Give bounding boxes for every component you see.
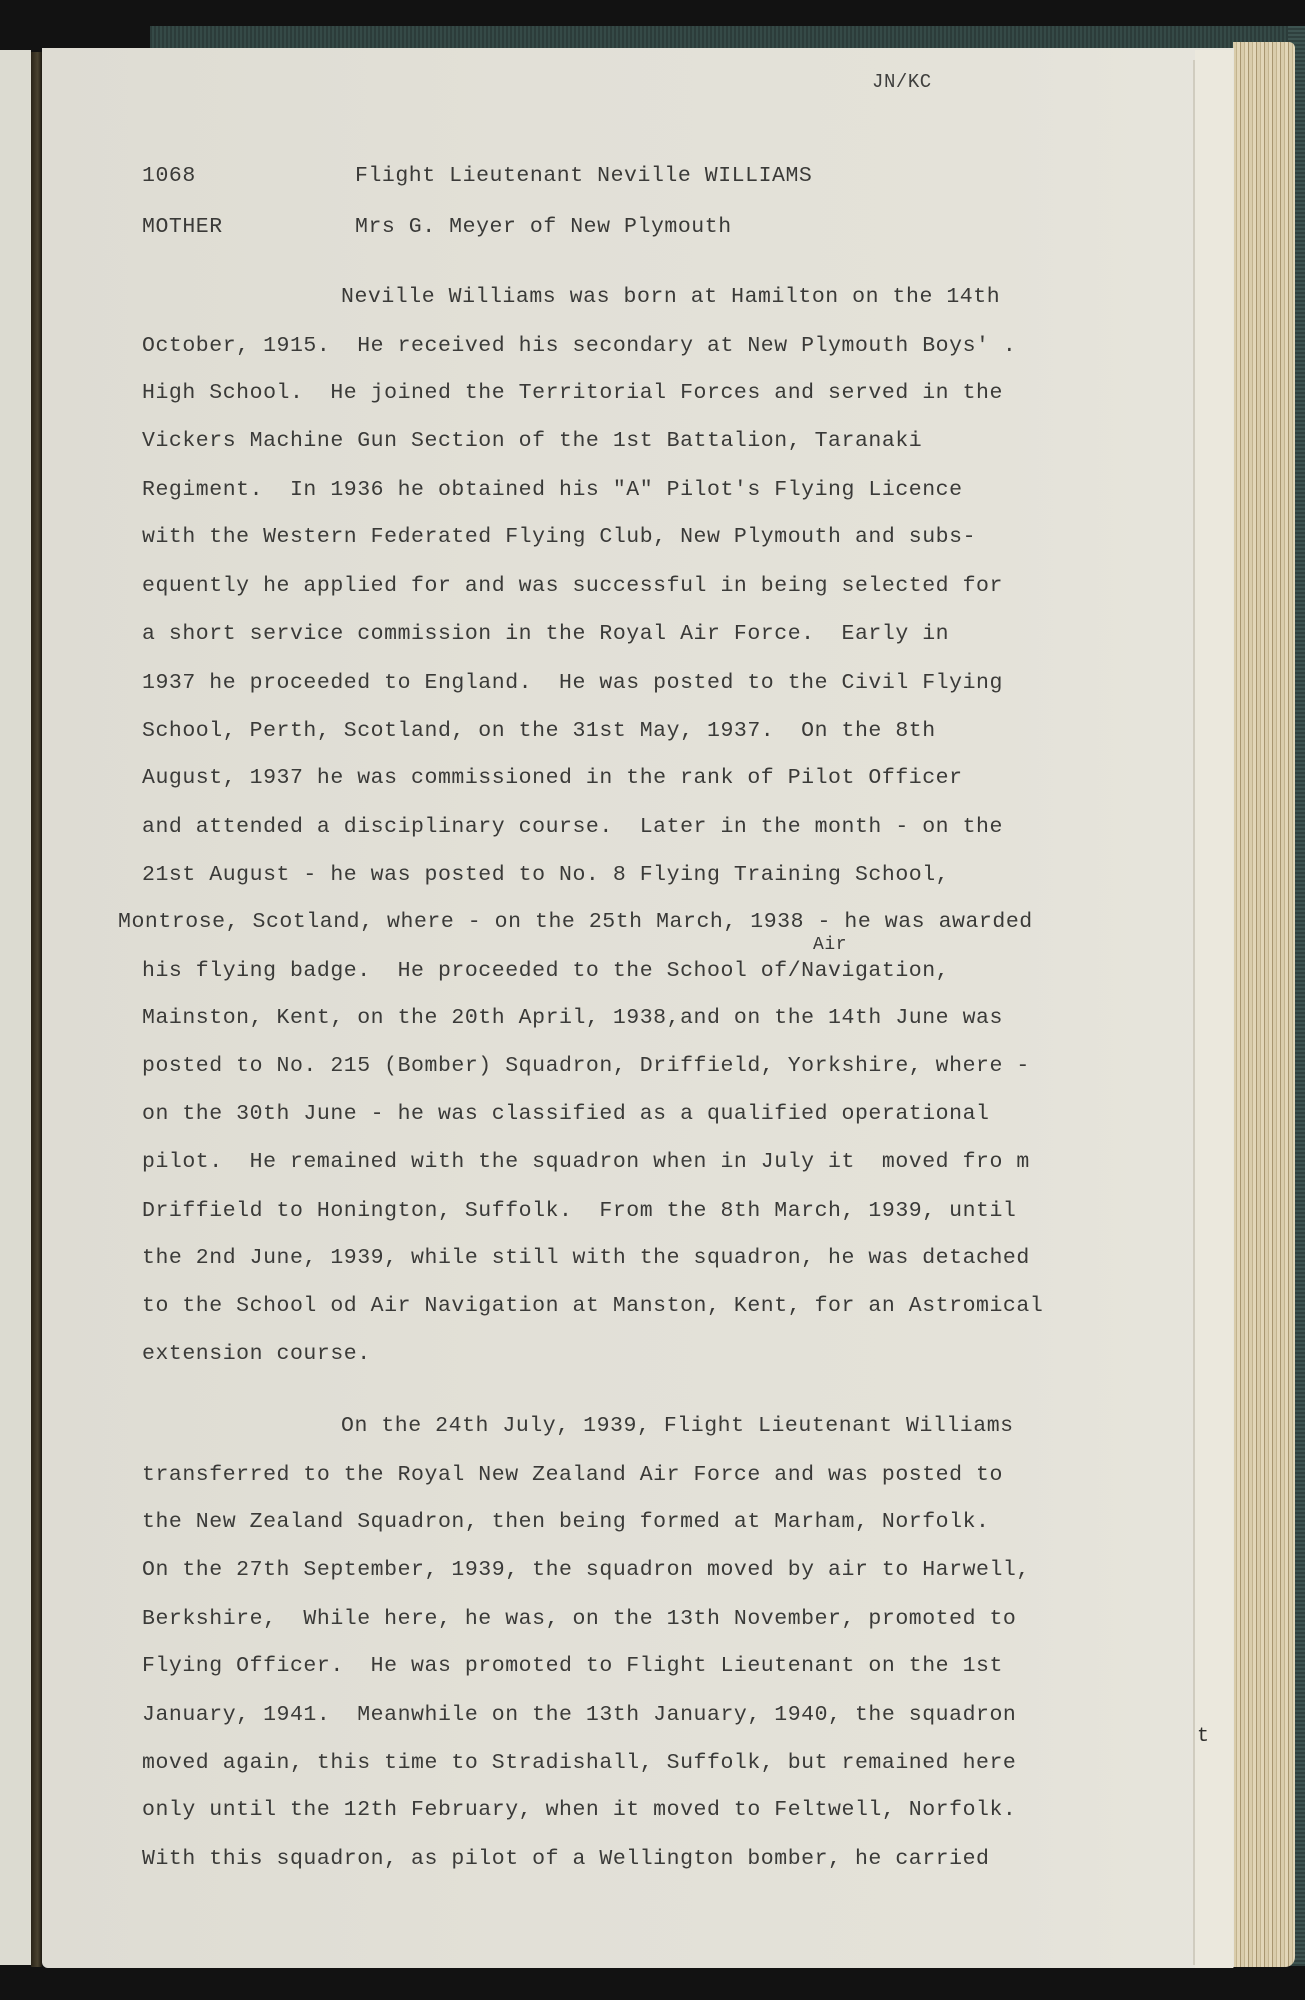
body-line: Neville Williams was born at Hamilton on… (341, 285, 1000, 309)
margin-mark: t (1197, 1725, 1210, 1749)
body-line: his flying badge. He proceeded to the Sc… (142, 959, 949, 983)
book-gutter (31, 52, 42, 1967)
body-line: High School. He joined the Territorial F… (142, 381, 1003, 405)
body-line: Berkshire, While here, he was, on the 13… (142, 1607, 1016, 1631)
body-line: Regiment. In 1936 he obtained his "A" Pi… (142, 478, 963, 502)
body-line: Vickers Machine Gun Section of the 1st B… (142, 429, 922, 453)
relation-label: MOTHER (142, 215, 223, 239)
book-cover-top (150, 26, 1305, 50)
body-line: Montrose, Scotland, where - on the 25th … (118, 910, 1033, 934)
body-line: January, 1941. Meanwhile on the 13th Jan… (142, 1703, 1016, 1727)
body-line: With this squadron, as pilot of a Wellin… (142, 1847, 989, 1871)
entry-number: 1068 (142, 164, 196, 188)
body-line: and attended a disciplinary course. Late… (142, 815, 1003, 839)
interlinear-insert: Air (813, 933, 847, 957)
body-line: transferred to the Royal New Zealand Air… (142, 1463, 1003, 1487)
page-fold-strip (1195, 50, 1233, 1968)
body-line: October, 1915. He received his secondary… (142, 334, 1016, 358)
relation-value: Mrs G. Meyer of New Plymouth (355, 215, 732, 239)
body-line: Driffield to Honington, Suffolk. From th… (142, 1199, 1016, 1223)
body-line: the 2nd June, 1939, while still with the… (142, 1246, 1030, 1270)
body-line: with the Western Federated Flying Club, … (142, 525, 976, 549)
body-line: moved again, this time to Stradishall, S… (142, 1751, 1016, 1775)
body-line: On the 24th July, 1939, Flight Lieutenan… (341, 1414, 1014, 1438)
body-line: to the School od Air Navigation at Manst… (142, 1294, 1043, 1318)
facing-page-edge (0, 50, 31, 1965)
entry-name: Flight Lieutenant Neville WILLIAMS (355, 164, 812, 188)
body-line: only until the 12th February, when it mo… (142, 1798, 1016, 1822)
body-line: equently he applied for and was successf… (142, 574, 1003, 598)
body-line: Mainston, Kent, on the 20th April, 1938,… (142, 1006, 1003, 1030)
body-line: posted to No. 215 (Bomber) Squadron, Dri… (142, 1054, 1030, 1078)
page-stack-edges (1233, 42, 1295, 1967)
reference-code: JN/KC (872, 70, 932, 94)
body-line: School, Perth, Scotland, on the 31st May… (142, 719, 936, 743)
body-line: the New Zealand Squadron, then being for… (142, 1510, 989, 1534)
body-line: a short service commission in the Royal … (142, 622, 949, 646)
body-line: 21st August - he was posted to No. 8 Fly… (142, 863, 949, 887)
body-line: on the 30th June - he was classified as … (142, 1102, 989, 1126)
body-line: On the 27th September, 1939, the squadro… (142, 1558, 1030, 1582)
body-line: pilot. He remained with the squadron whe… (142, 1150, 1030, 1174)
body-line: August, 1937 he was commissioned in the … (142, 766, 963, 790)
page-fold-line (1193, 60, 1195, 1965)
body-line: extension course. (142, 1342, 371, 1366)
body-line: 1937 he proceeded to England. He was pos… (142, 671, 1003, 695)
body-line: Flying Officer. He was promoted to Fligh… (142, 1654, 1003, 1678)
